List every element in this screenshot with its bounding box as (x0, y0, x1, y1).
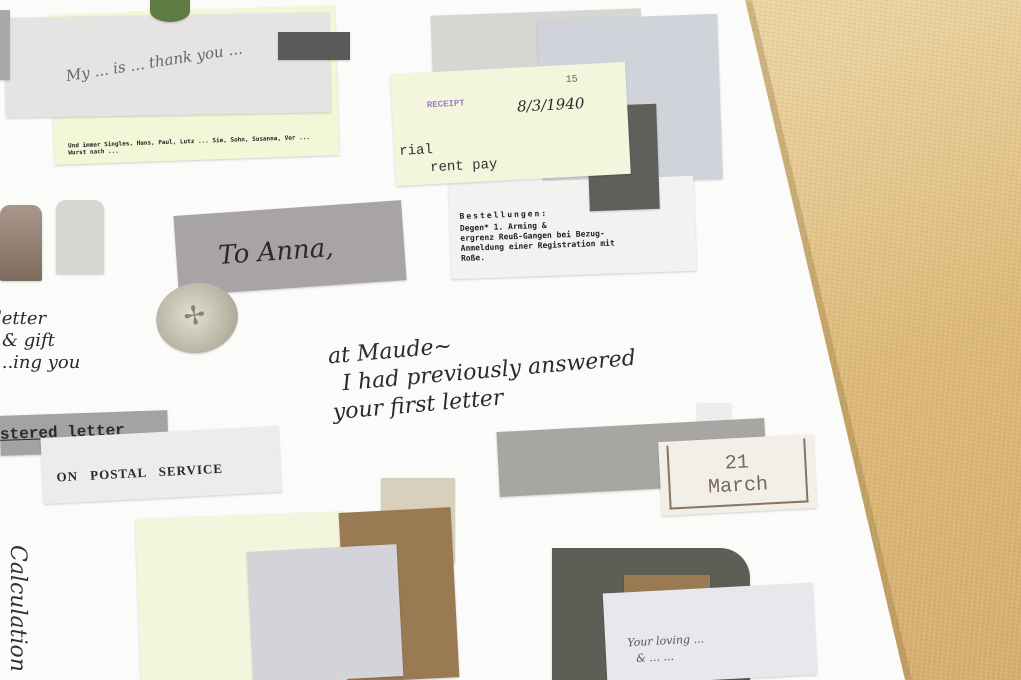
handwriting-line: & gift (0, 330, 80, 352)
to-anna-sticker: To Anna, (173, 200, 406, 296)
grey-swatch-sticker (56, 200, 104, 274)
postal-service-text: ON POSTAL SERVICE (56, 461, 223, 486)
receipt-line: rent pay (430, 157, 498, 176)
receipt-label: RECEIPT (427, 98, 465, 110)
bottom-note-line: & ... ... (636, 650, 674, 665)
bottom-note-sticker: Your loving ... & ... ... (603, 583, 818, 680)
green-leaf-sticker (150, 0, 190, 22)
dark-tape-sticker (278, 32, 350, 60)
grey-handwritten-note-sticker: My ... is ... thank you ... (4, 12, 331, 118)
receipt-sticker: RECEIPT 15 8/3/1940 rial rent pay (390, 62, 631, 186)
bow-emblem-icon: ✢ (181, 300, 208, 333)
handwriting-line: letter (0, 308, 80, 330)
note-handwriting: My ... is ... thank you ... (65, 39, 244, 85)
receipt-date: 8/3/1940 (517, 94, 585, 116)
note-footer-text: Und immer Singles, Hans, Paul, Lutz ... … (68, 134, 318, 159)
handwriting-left-block: letter & gift ...ing you (0, 308, 80, 374)
newspaper-heading: Bestellungen: (459, 209, 548, 222)
lavender-letter-sticker (247, 544, 404, 680)
handwriting-line: ...ing you (0, 352, 80, 374)
receipt-line: rial (399, 142, 433, 160)
handwriting-center-block: at Maude~ I had previously answered your… (327, 317, 639, 427)
receipt-number: 15 (566, 74, 579, 86)
brown-swatch-sticker (0, 205, 42, 281)
postal-service-sticker: ON POSTAL SERVICE (40, 426, 281, 504)
newspaper-line: Roße. (461, 253, 485, 264)
date-stamp-sticker: 21 March (658, 434, 817, 516)
bottom-note-line: Your loving ... (627, 632, 704, 649)
vertical-handwriting: Calculation (0, 545, 30, 680)
newspaper-clipping-sticker: Bestellungen: Degen* 1. Arming & ergrenz… (448, 176, 696, 279)
grey-strip-sticker (0, 10, 10, 80)
to-anna-text: To Anna, (217, 233, 334, 271)
